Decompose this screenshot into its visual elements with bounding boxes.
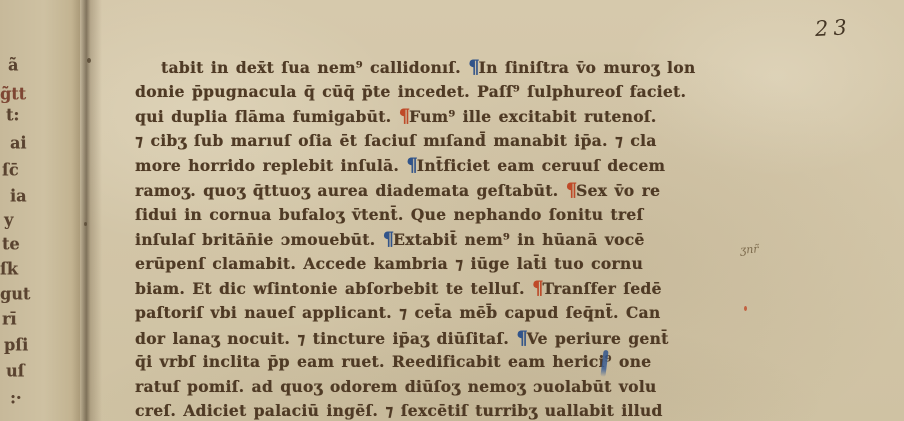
text-line: dor lanaʒ nocuit. ⁊ tincture ip̄aʒ diūſi…	[135, 327, 760, 349]
facing-page-edge: ãg̃ttt:aiſc̄iayteſkgutrīpſiuſ:·	[0, 0, 80, 421]
line-text: more horrido replebit inſulā.	[135, 156, 406, 176]
gutter-shadow	[72, 0, 102, 421]
line-text: donie p̄pugnacula q̄ cūq̄ p̄te incedet. …	[135, 81, 686, 101]
ink-speck	[84, 222, 87, 226]
line-text: creſ. Adiciet palaciū ingēſ. ⁊ ſexcētiſ …	[135, 401, 663, 421]
text-line: ſidui in cornua bufaloʒ v̄tent̄. Que nep…	[135, 204, 760, 224]
clipped-text-fragment: ã	[8, 55, 18, 75]
line-text: dor lanaʒ nocuit. ⁊ tincture ip̄aʒ diūſi…	[135, 328, 516, 348]
line-text: qui duplia flāma fumigabūt.	[135, 107, 399, 127]
line-text: ⁊ cibʒ ſub marıuſ oſia ēt ſaciuſ mıſand̄…	[135, 130, 657, 150]
clipped-text-fragment: t:	[6, 105, 19, 125]
text-block: tabit in dex̄t ſua nem⁹ callidonıſ. ¶In …	[135, 0, 760, 421]
text-line: q̄i vrbſ inclita p̄p eam ruet. Reedifica…	[135, 352, 760, 372]
line-text: tabit in dex̄t ſua nem⁹ callidonıſ.	[161, 58, 468, 78]
clipped-text-fragment: rī	[2, 309, 17, 329]
line-text: Fum⁹ ille excitabit rutenoſ.	[409, 107, 656, 127]
line-text: paſtoriſ vbi naueſ applicant. ⁊ cet̄a mē…	[135, 303, 660, 323]
line-text: Sex v̄o re	[576, 181, 660, 201]
text-line: more horrido replebit inſulā. ¶Int̄ficie…	[135, 155, 760, 177]
text-line: erūpenſ clamabit. Accede kambria ⁊ iūge …	[135, 253, 760, 273]
line-text: biam. Et dic wſintonie abſorbebit te tel…	[135, 279, 532, 299]
text-line: ⁊ cibʒ ſub marıuſ oſia ēt ſaciuſ mıſand̄…	[135, 130, 760, 150]
clipped-text-fragment: te	[2, 234, 20, 254]
line-text: ramoʒ. quoʒ q̄ttuoʒ aurea diademata geſt…	[135, 181, 566, 201]
line-text: q̄i vrbſ inclita p̄p eam ruet. Reedifica…	[135, 352, 651, 372]
clipped-text-fragment: :·	[10, 388, 21, 408]
text-line: inſulaſ britān̄ie ɔmouebūt. ¶Extabit̄ ne…	[135, 229, 760, 251]
line-text: In ſiniſtra v̄o muroʒ lon	[479, 58, 696, 78]
rubric-paraph-mark: ¶	[399, 106, 409, 128]
text-line: ramoʒ. quoʒ q̄ttuoʒ aurea diademata geſt…	[135, 180, 760, 202]
ink-speck	[87, 58, 91, 63]
rubric-paraph-mark: ¶	[532, 278, 542, 300]
clipped-text-fragment: gut	[0, 284, 30, 304]
manuscript-page: ãg̃ttt:aiſc̄iayteſkgutrīpſiuſ:· 23 tabit…	[0, 0, 904, 421]
clipped-text-fragment: ſc̄	[2, 160, 19, 180]
line-text: Extabit̄ nem⁹ in hūanā vocē	[393, 230, 645, 250]
text-line: qui duplia flāma fumigabūt. ¶Fum⁹ ille e…	[135, 106, 760, 128]
text-line: ratuſ pomiſ. ad quoʒ odorem diūſoʒ nemoʒ…	[135, 376, 760, 396]
rubric-paraph-mark: ¶	[383, 229, 393, 251]
line-text: Tranſfer ſedē	[542, 279, 661, 299]
line-text: ratuſ pomiſ. ad quoʒ odorem diūſoʒ nemoʒ…	[135, 376, 657, 396]
clipped-text-fragment: g̃tt	[0, 84, 26, 104]
clipped-text-fragment: ſk	[0, 259, 18, 279]
line-text: erūpenſ clamabit. Accede kambria ⁊ iūge …	[135, 253, 643, 273]
line-text: ſidui in cornua bufaloʒ v̄tent̄. Que nep…	[135, 204, 643, 224]
text-line: creſ. Adiciet palaciū ingēſ. ⁊ ſexcētiſ …	[135, 401, 760, 421]
clipped-text-fragment: ai	[10, 133, 26, 153]
folio-number: 23	[814, 15, 852, 41]
rubric-paraph-mark: ¶	[566, 180, 576, 202]
clipped-text-fragment: uſ	[6, 361, 25, 381]
marginal-note: ʒnr̃	[740, 242, 759, 256]
text-line: donie p̄pugnacula q̄ cūq̄ p̄te incedet. …	[135, 81, 760, 101]
rubric-paraph-mark: ¶	[516, 327, 526, 349]
line-text: inſulaſ britān̄ie ɔmouebūt.	[135, 230, 383, 250]
text-line: tabit in dex̄t ſua nem⁹ callidonıſ. ¶In …	[135, 57, 786, 79]
clipped-text-fragment: ia	[10, 186, 26, 206]
text-line: biam. Et dic wſintonie abſorbebit te tel…	[135, 278, 760, 300]
line-text: Int̄ficiet eam ceruuſ decem	[417, 156, 665, 176]
rubric-paraph-mark: ¶	[468, 57, 478, 79]
clipped-text-fragment: pſi	[4, 335, 28, 355]
text-line: paſtoriſ vbi naueſ applicant. ⁊ cet̄a mē…	[135, 303, 760, 323]
line-text: Ve periure gent̄	[527, 328, 669, 348]
rubric-paraph-mark: ¶	[406, 155, 416, 177]
clipped-text-fragment: y	[4, 210, 13, 230]
